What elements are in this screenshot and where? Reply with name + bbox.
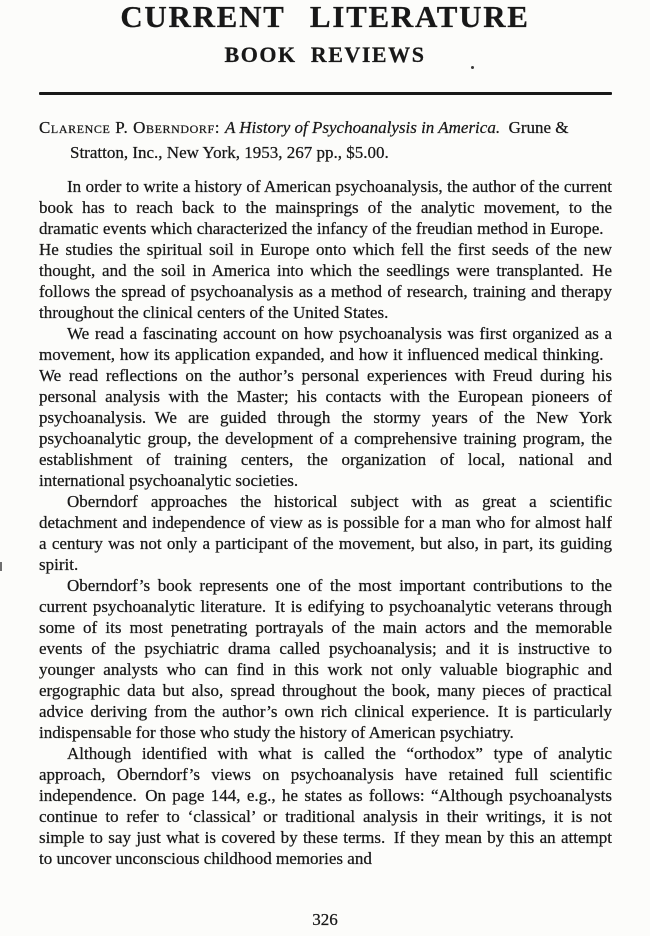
paragraph: We read a fascinating account on how psy… (39, 323, 612, 491)
paragraph: In order to write a history of American … (39, 176, 612, 323)
masthead: CURRENT LITERATURE BOOK REVIEWS (0, 0, 650, 67)
page-title: CURRENT LITERATURE (0, 0, 650, 33)
scan-artifact (0, 562, 2, 571)
review-body: In order to write a history of American … (39, 176, 612, 912)
citation-book-title: A History of Psychoanalysis in America. (225, 118, 500, 137)
section-subtitle: BOOK REVIEWS (0, 43, 650, 67)
citation-author: Clarence P. Oberndorf: (39, 118, 225, 137)
paragraph: Oberndorf’s book represents one of the m… (39, 575, 612, 743)
horizontal-rule (39, 92, 612, 95)
book-page: { "colors": { "ink": "#181818", "paper":… (0, 0, 650, 936)
paragraph: Oberndorf approaches the historical subj… (39, 491, 612, 575)
ink-speck (471, 66, 474, 69)
paragraph: Although identified with what is called … (39, 743, 612, 869)
page-number: 326 (0, 909, 650, 930)
book-citation: Clarence P. Oberndorf: A History of Psyc… (39, 115, 612, 165)
